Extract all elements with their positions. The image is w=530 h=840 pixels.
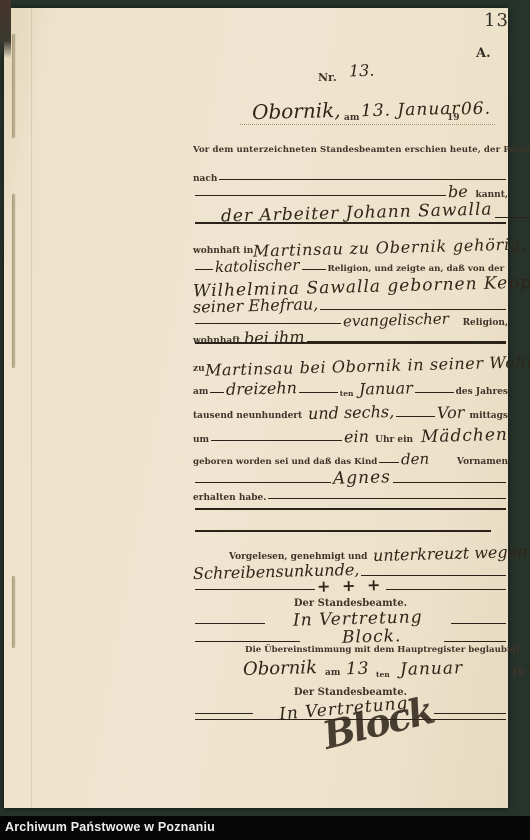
- ten-label: ten: [340, 390, 354, 398]
- separator-rule-row: [193, 222, 508, 228]
- page-gutter-crease: [31, 8, 33, 808]
- cert-ten-label: ten: [376, 671, 390, 679]
- fill-in-rule: [302, 269, 326, 270]
- birth-year-handwritten: und sechs,: [308, 404, 395, 422]
- fill-in-rule: [434, 713, 506, 714]
- born-row: geboren worden sei und daß das Kind den …: [193, 449, 508, 467]
- section-letter: A.: [476, 46, 491, 61]
- received-row: erhalten habe.: [193, 487, 508, 503]
- separator-rule: [195, 222, 506, 224]
- vornamen-label: Vornamen: [457, 458, 508, 467]
- archive-watermark-bar: Archiwum Państwowe w Poznaniu: [0, 816, 530, 840]
- dateline-century-label: 19: [447, 114, 460, 123]
- fill-in-rule: [195, 713, 253, 714]
- scanned-register-page: 13 A. Nr. 13. Obornik, am 13. Januar 19 …: [0, 0, 530, 840]
- intro-line-row: Vor dem unterzeichneten Standesbeamten e…: [193, 146, 508, 155]
- des-jahres-label: des Jahres: [456, 388, 508, 397]
- hour-handwritten: ein: [344, 429, 369, 446]
- birth-day-handwritten: dreizehn: [226, 380, 297, 398]
- fill-in-rule: [299, 392, 337, 393]
- fill-in-rule: [195, 482, 331, 483]
- page-number: 13: [484, 10, 509, 31]
- record-number-label: Nr.: [318, 72, 337, 83]
- binding-corner-shadow: [0, 0, 11, 58]
- fill-in-rule: [195, 641, 300, 642]
- wohnhaft-in-label: wohnhaft in: [193, 247, 253, 256]
- residence-row: wohnhaft in Martinsau zu Obernik gehörig…: [193, 234, 508, 256]
- certification-date-row: Obornik am 13 ten Januar 19 06.: [193, 654, 530, 678]
- separator-rule-row: [193, 342, 508, 348]
- cert-place: Obornik: [243, 659, 317, 679]
- article-handwritten: den: [401, 452, 430, 468]
- binding-stitch: [12, 576, 14, 648]
- um-label: um: [193, 436, 209, 445]
- birthplace-row: zu Martinsau bei Obornik in seiner Wohnu…: [193, 352, 508, 374]
- fill-in-rule: [195, 623, 265, 624]
- meridiem-handwritten: Vor: [437, 405, 465, 422]
- fill-in-rule: [396, 416, 435, 417]
- fill-in-rule: [211, 440, 342, 441]
- dateline-day-month: 13. Januar: [361, 101, 461, 121]
- child-name-row: Agnes: [193, 467, 508, 487]
- dateline-guide-line: [240, 124, 495, 125]
- known-handwritten: be: [448, 184, 468, 201]
- fill-in-rule: [444, 641, 506, 642]
- birth-month-handwritten: Januar: [359, 380, 413, 397]
- cross-marks: + + +: [317, 577, 384, 595]
- signature-row-1: Block.: [193, 626, 508, 646]
- blank-rule: [195, 508, 506, 510]
- uhr-ein-label: Uhr ein: [375, 436, 413, 445]
- archive-watermark-text: Archiwum Państwowe w Poznaniu: [5, 820, 215, 834]
- fill-in-rule: [495, 217, 530, 218]
- fill-in-rule: [210, 392, 224, 393]
- child-name-handwritten: Agnes: [333, 469, 391, 488]
- fill-in-rule: [219, 179, 506, 180]
- cert-month: Januar: [399, 660, 463, 679]
- fill-in-rule: [195, 589, 315, 590]
- fill-in-rule: [268, 498, 506, 499]
- blank-rule-row: [193, 508, 508, 514]
- child-sex-handwritten: Mädchen: [421, 427, 508, 446]
- separator-rule: [195, 342, 506, 344]
- registrar-title-row: Der Standesbeamte.: [193, 686, 508, 698]
- dateline-place: Obornik,: [252, 100, 341, 122]
- fill-in-rule: [415, 392, 453, 393]
- cert-day: 13: [346, 661, 370, 679]
- mittags-label: mittags: [470, 412, 508, 421]
- year-printed-label: tausend neunhundert: [193, 412, 302, 421]
- cert-am-label: am: [325, 669, 340, 678]
- record-number-value: 13.: [349, 63, 375, 80]
- cert-century-label: 19: [511, 669, 524, 678]
- dateline-year: 06.: [461, 101, 491, 119]
- declarant-row: der Arbeiter Johann Sawalla: [193, 200, 530, 222]
- representation-row-1: In Vertretung: [193, 608, 508, 628]
- birth-time-row: um ein Uhr ein Mädchen: [193, 425, 508, 445]
- fill-in-rule: [195, 269, 213, 270]
- am-label: am: [193, 388, 208, 397]
- born-label: geboren worden sei und daß das Kind: [193, 458, 377, 467]
- fill-in-rule: [379, 462, 399, 463]
- zu-label: zu: [193, 365, 205, 374]
- binding-stitch: [12, 194, 14, 368]
- birth-day-row: am dreizehn ten Januar des Jahres: [193, 377, 508, 397]
- received-label: erhalten habe.: [193, 494, 266, 503]
- dateline-am-label: am: [344, 114, 359, 123]
- fill-in-rule: [195, 195, 446, 196]
- fill-in-rule: [393, 482, 506, 483]
- birth-year-row: tausend neunhundert und sechs, Vor mitta…: [193, 401, 508, 421]
- binding-stitch: [12, 34, 14, 138]
- blank-rule: [195, 530, 491, 532]
- cross-marks-row: + + +: [193, 576, 508, 594]
- fill-in-rule: [451, 623, 506, 624]
- blank-rule-row: [193, 530, 493, 536]
- registrar-signature-1: Block.: [342, 628, 402, 647]
- known-row: be kannt,: [193, 182, 508, 200]
- intro-line: Vor dem unterzeichneten Standesbeamten e…: [193, 146, 530, 155]
- fill-in-rule: [386, 589, 506, 590]
